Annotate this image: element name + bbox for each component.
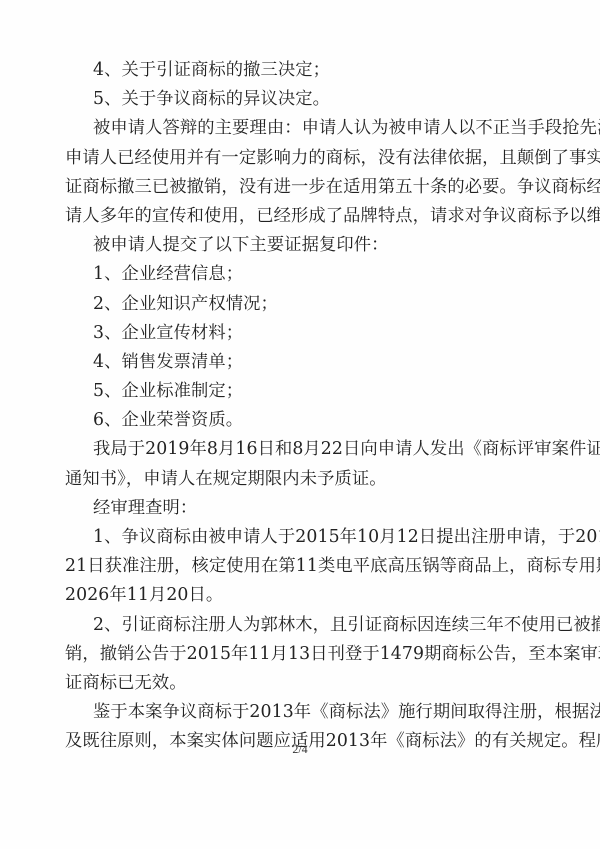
page-number: 2/4 — [0, 742, 600, 757]
respondent-reasons-line: 申请人已经使用并有一定影响力的商标，没有法律依据，且颠倒了事实。引 — [65, 144, 540, 173]
evidence-exchange-line: 我局于2019年8月16日和8月22日向申请人发出《商标评审案件证据交换 — [65, 435, 540, 464]
finding-2-line: 证商标已无效。 — [65, 669, 540, 698]
evidence-item: 2、企业知识产权情况； — [65, 290, 540, 319]
list-item-revocation-decision: 4、关于引证商标的撤三决定； — [65, 56, 540, 85]
respondent-reasons-line: 请人多年的宣传和使用，已经形成了品牌特点，请求对争议商标予以维持。 — [65, 202, 540, 231]
evidence-intro: 被申请人提交了以下主要证据复印件： — [65, 231, 540, 260]
document-body: 4、关于引证商标的撤三决定； 5、关于争议商标的异议决定。 被申请人答辩的主要理… — [65, 56, 540, 757]
evidence-item: 6、企业荣誉资质。 — [65, 406, 540, 435]
finding-1-line: 2026年11月20日。 — [65, 581, 540, 610]
finding-2-line: 2、引证商标注册人为郭林木，且引证商标因连续三年不使用已被撤 — [65, 611, 540, 640]
evidence-item: 5、企业标准制定； — [65, 377, 540, 406]
evidence-exchange-line: 通知书》，申请人在规定期限内未予质证。 — [65, 465, 540, 494]
evidence-item: 3、企业宣传材料； — [65, 319, 540, 348]
respondent-reasons-line: 被申请人答辩的主要理由：申请人认为被申请人以不正当手段抢先注册 — [65, 114, 540, 143]
finding-1-line: 21日获准注册，核定使用在第11类电平底高压锅等商品上，商标专用期限至 — [65, 552, 540, 581]
applicable-law-line: 鉴于本案争议商标于2013年《商标法》施行期间取得注册，根据法不溯 — [65, 698, 540, 727]
finding-2-line: 销，撤销公告于2015年11月13日刊登于1479期商标公告，至本案审理时，引 — [65, 640, 540, 669]
document-page: 4、关于引证商标的撤三决定； 5、关于争议商标的异议决定。 被申请人答辩的主要理… — [0, 0, 600, 849]
findings-heading: 经审理查明： — [65, 494, 540, 523]
evidence-item: 4、销售发票清单； — [65, 348, 540, 377]
evidence-item: 1、企业经营信息； — [65, 260, 540, 289]
list-item-opposition-decision: 5、关于争议商标的异议决定。 — [65, 85, 540, 114]
finding-1-line: 1、争议商标由被申请人于2015年10月12日提出注册申请，于2018年4月 — [65, 523, 540, 552]
respondent-reasons-line: 证商标撤三已被撤销，没有进一步在适用第五十条的必要。争议商标经过申 — [65, 173, 540, 202]
